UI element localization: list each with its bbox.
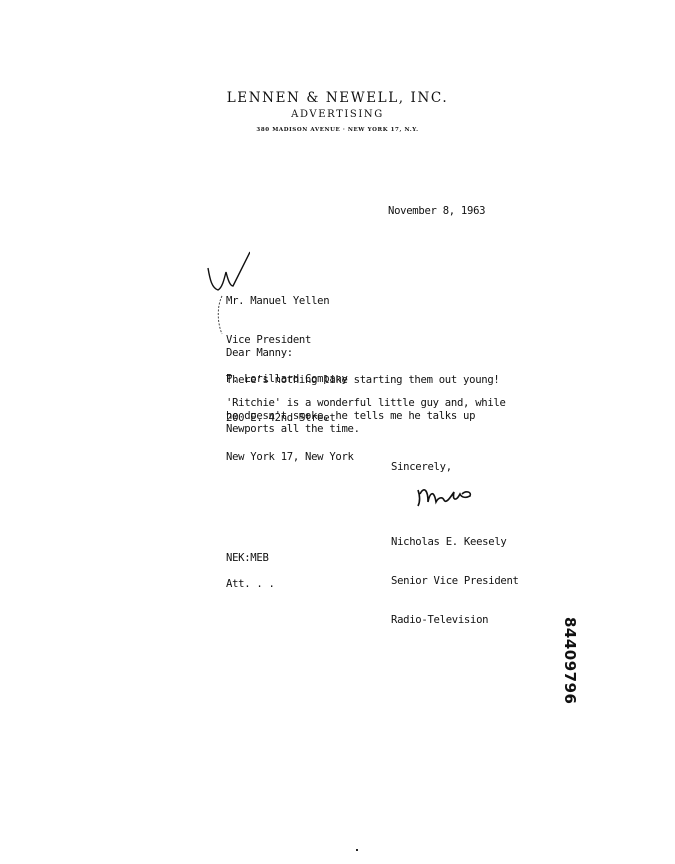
body-paragraph: 'Ritchie' is a wonderful little guy and,…: [226, 397, 506, 436]
signer-title: Senior Vice President: [391, 575, 519, 588]
recipient-line: New York 17, New York: [226, 451, 354, 464]
signer-block: Nicholas E. Keesely Senior Vice Presiden…: [391, 510, 519, 653]
letter-date: November 8, 1963: [388, 205, 485, 218]
signer-name: Nicholas E. Keesely: [391, 536, 519, 549]
scan-speck: [356, 849, 358, 851]
handwritten-checkmark-icon: [200, 250, 250, 340]
body-paragraph: There's nothing like starting them out y…: [226, 374, 500, 387]
signer-department: Radio-Television: [391, 614, 519, 627]
letterhead-address: 380 MADISON AVENUE · NEW YORK 17, N.Y.: [0, 127, 675, 133]
letterhead-company: LENNEN & NEWELL, INC.: [0, 90, 675, 106]
closing: Sincerely,: [391, 461, 452, 474]
letterhead-tagline: ADVERTISING: [0, 109, 675, 120]
attachment-note: Att. . .: [226, 578, 275, 591]
signature-icon: [414, 480, 476, 510]
salutation: Dear Manny:: [226, 347, 293, 360]
reference-initials: NEK:MEB: [226, 552, 269, 565]
document-id-stamp: 84409796: [561, 617, 579, 697]
